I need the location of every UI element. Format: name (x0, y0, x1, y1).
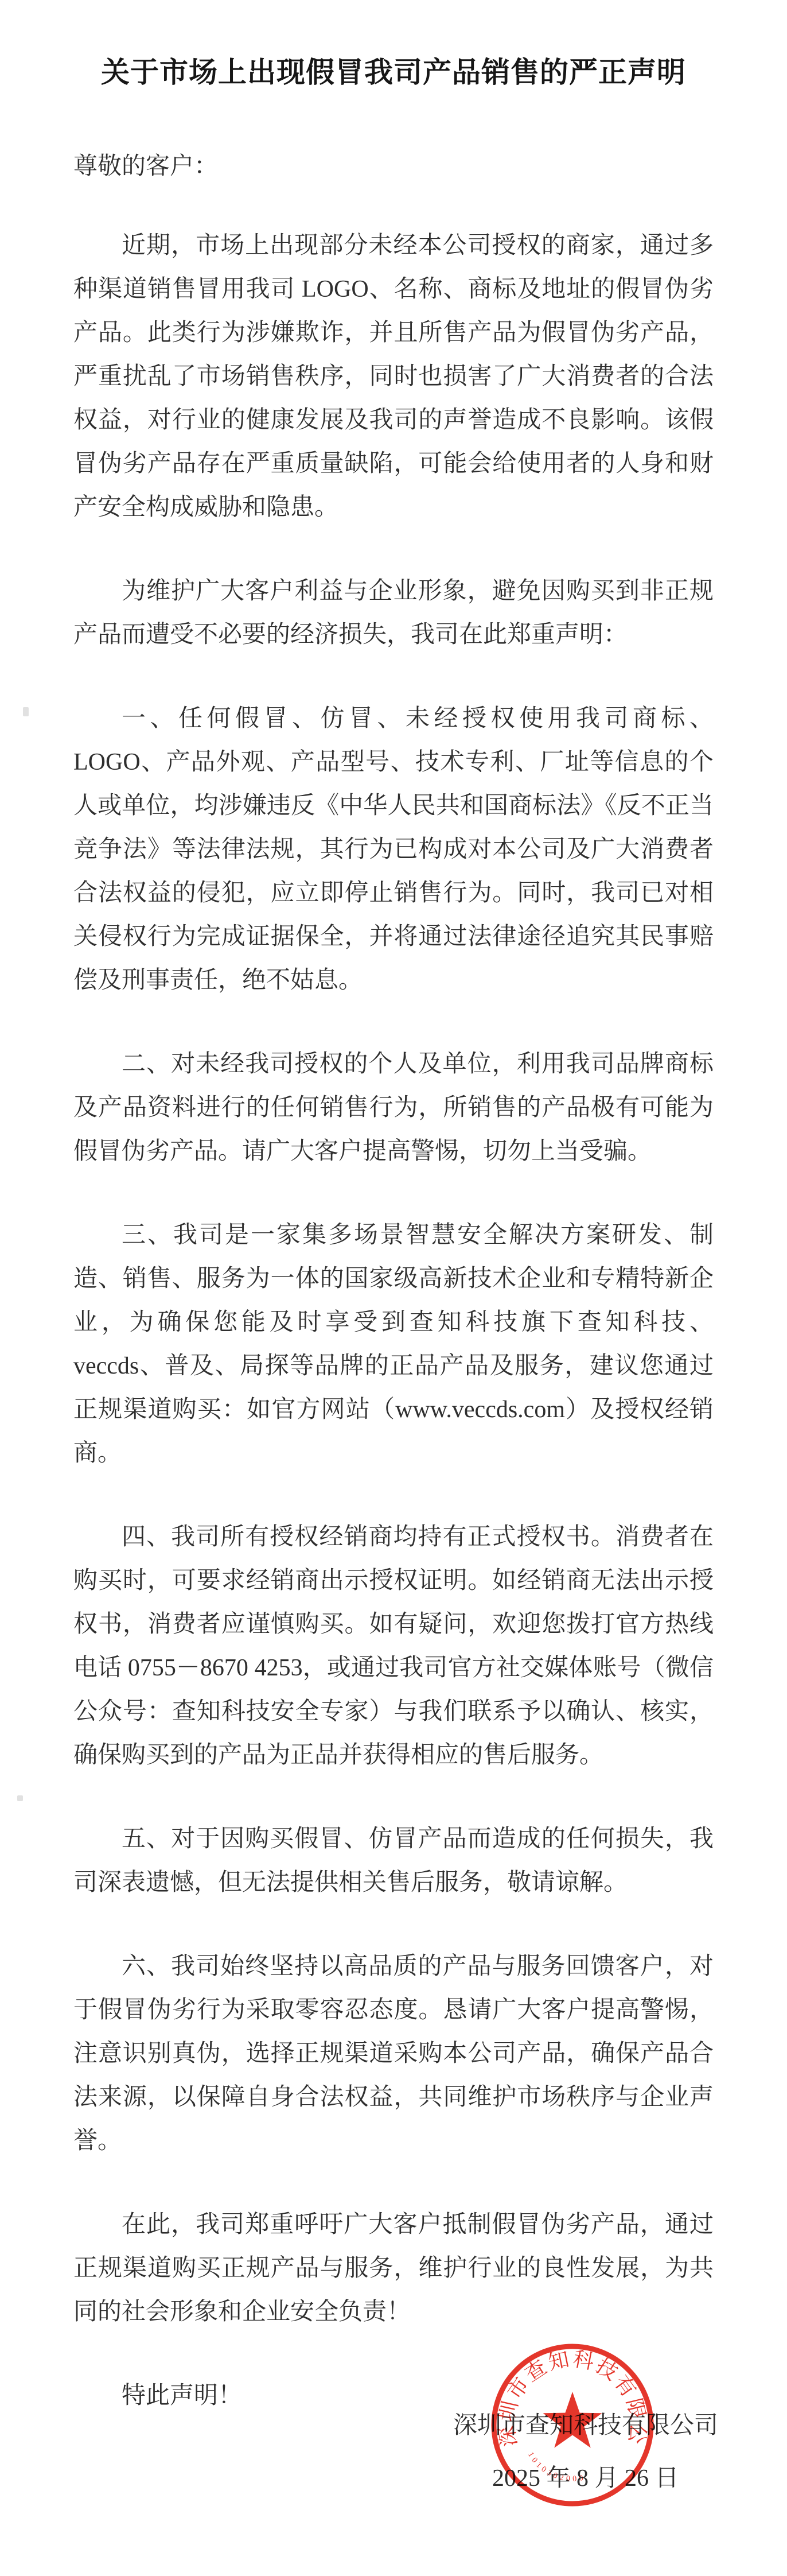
document-body: 关于市场上出现假冒我司产品销售的严正声明 尊敬的客户： 近期，市场上出现部分未经… (73, 0, 714, 2418)
paragraph-purpose: 为维护广大客户利益与企业形象，避免因购买到非正规产品而遭受不必要的经济损失，我司… (73, 569, 714, 657)
statement-item-5: 五、对于因购买假冒、仿冒产品而造成的任何损失，我司深表遗憾，但无法提供相关售后服… (73, 1817, 714, 1904)
greeting: 尊敬的客户： (73, 145, 714, 188)
seal-serial-number: 1010302000 (526, 2451, 587, 2484)
statement-item-4: 四、我司所有授权经销商均持有正式授权书。消费者在购买时，可要求经销商出示授权证明… (73, 1515, 714, 1777)
statement-item-6: 六、我司始终坚持以高品质的产品与服务回馈客户，对于假冒伪劣行为采取零容忍态度。恳… (73, 1945, 714, 2163)
seal-star (543, 2392, 602, 2448)
scan-artifact-speck (23, 707, 29, 716)
paragraph-intro: 近期，市场上出现部分未经本公司授权的商家，通过多种渠道销售冒用我司 LOGO、名… (73, 224, 714, 529)
document-title: 关于市场上出现假冒我司产品销售的严正声明 (73, 0, 714, 90)
statement-item-3: 三、我司是一家集多场景智慧安全解决方案研发、制造、销售、服务为一体的国家级高新技… (73, 1213, 714, 1475)
closing-paragraph: 在此，我司郑重呼吁广大客户抵制假冒伪劣产品，通过正规渠道购买正规产品与服务，维护… (73, 2203, 714, 2334)
statement-item-2: 二、对未经我司授权的个人及单位，利用我司品牌商标及产品资料进行的任何销售行为，所… (73, 1042, 714, 1173)
statement-item-1: 一、任何假冒、仿冒、未经授权使用我司商标、LOGO、产品外观、产品型号、技术专利… (73, 697, 714, 1002)
seal-serial-holder: 1010302000 (526, 2451, 587, 2484)
company-seal-stamp: 深圳市查知科技有限公司 1010302000 (485, 2337, 660, 2513)
scan-artifact-speck (17, 1795, 23, 1801)
statement-document: 关于市场上出现假冒我司产品销售的严正声明 尊敬的客户： 近期，市场上出现部分未经… (0, 0, 787, 2576)
